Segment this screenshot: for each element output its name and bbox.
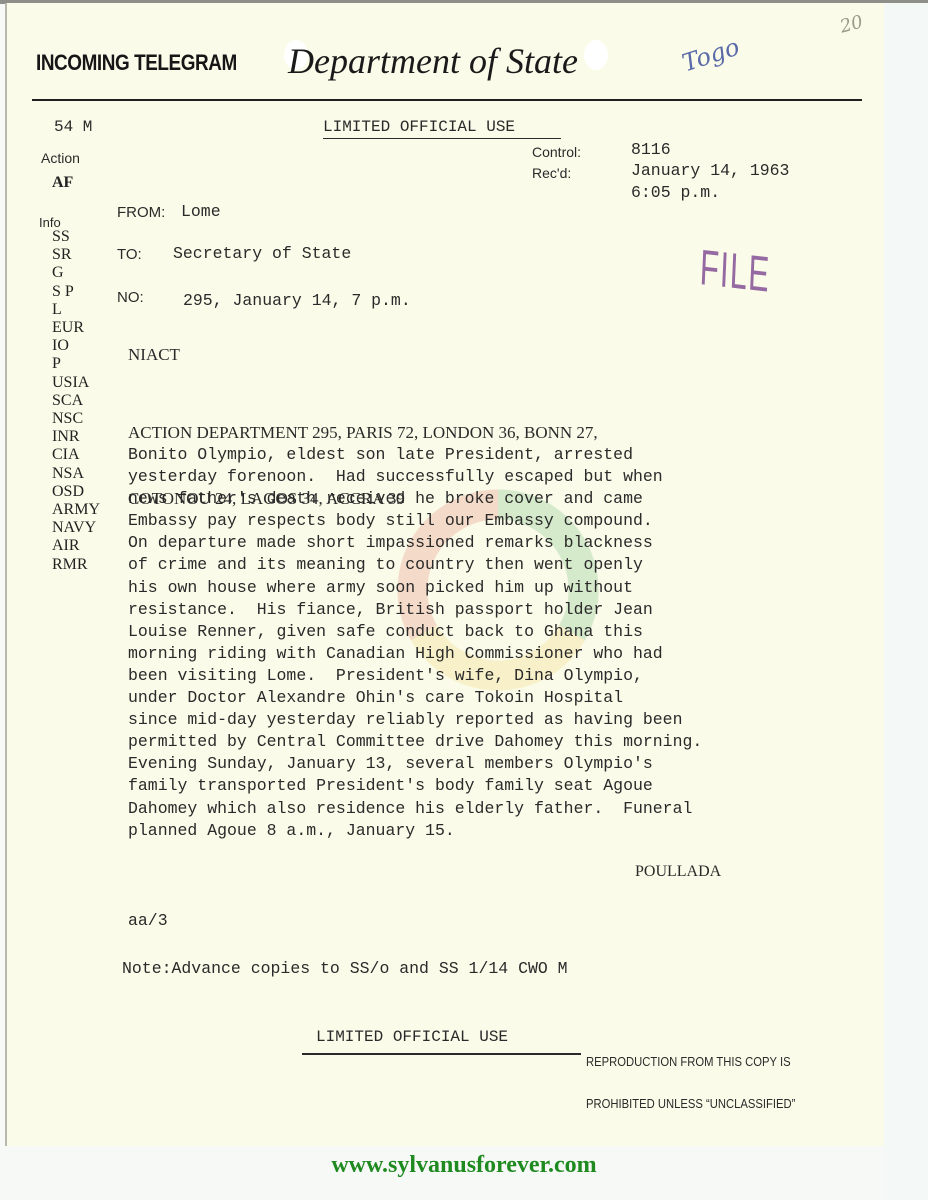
punch-hole-icon: [584, 40, 608, 70]
control-label: Control:: [532, 144, 581, 160]
number-value: 295, January 14, 7 p.m.: [183, 291, 411, 310]
received-label: Rec'd:: [532, 165, 571, 181]
header-divider: [32, 99, 862, 101]
department-title: Department of State: [288, 40, 578, 82]
source-website-link[interactable]: www.sylvanusforever.com: [0, 1152, 928, 1179]
from-label: FROM:: [117, 204, 165, 221]
info-office-code: P: [52, 355, 100, 373]
number-label: NO:: [117, 289, 144, 306]
info-office-code: L: [52, 301, 100, 319]
body-line: yesterday forenoon. Had successfully esc…: [128, 466, 702, 488]
body-line: Bonito Olympio, eldest son late Presiden…: [128, 444, 702, 466]
notice-line: REPRODUCTION FROM THIS COPY IS: [586, 1055, 795, 1069]
info-office-code: S P: [52, 283, 100, 301]
control-value: 8116: [631, 140, 671, 159]
info-office-code: SCA: [52, 392, 100, 410]
classification-bottom: LIMITED OFFICIAL USE: [316, 1028, 508, 1046]
received-time: 6:05 p.m.: [631, 183, 720, 202]
body-line: news father's death received he broke co…: [128, 488, 702, 510]
reproduction-notice: REPRODUCTION FROM THIS COPY IS PROHIBITE…: [586, 1027, 795, 1125]
info-office-code: AIR: [52, 537, 100, 555]
info-office-code: G: [52, 264, 100, 282]
info-office-code: CIA: [52, 446, 100, 464]
body-line: been visiting Lome. President's wife, Di…: [128, 665, 702, 687]
info-office-code: IO: [52, 337, 100, 355]
info-office-code: USIA: [52, 374, 100, 392]
body-line: under Doctor Alexandre Ohin's care Tokoi…: [128, 687, 702, 709]
to-value: Secretary of State: [173, 244, 351, 263]
body-line: resistance. His fiance, British passport…: [128, 599, 702, 621]
info-office-code: NAVY: [52, 519, 100, 537]
received-date: January 14, 1963: [631, 161, 789, 180]
distribution-note: Note:Advance copies to SS/o and SS 1/14 …: [122, 959, 568, 978]
distribution-line: ACTION DEPARTMENT 295, PARIS 72, LONDON …: [128, 422, 598, 444]
message-body: Bonito Olympio, eldest son late Presiden…: [128, 444, 702, 842]
body-line: permitted by Central Committee drive Dah…: [128, 731, 702, 753]
info-office-code: RMR: [52, 556, 100, 574]
form-type-title: INCOMING TELEGRAM: [36, 50, 237, 76]
body-line: planned Agoue 8 a.m., January 15.: [128, 820, 702, 842]
file-stamp: FILE: [699, 238, 772, 304]
scan-margin: [882, 3, 928, 1200]
info-office-code: SR: [52, 246, 100, 264]
info-office-code: EUR: [52, 319, 100, 337]
to-label: TO:: [117, 246, 142, 263]
info-office-code: ARMY: [52, 501, 100, 519]
body-line: On departure made short impassioned rema…: [128, 532, 702, 554]
body-line: family transported President's body fami…: [128, 775, 702, 797]
routing-ref: 54 M: [54, 118, 92, 136]
classification-rule: [302, 1053, 581, 1055]
body-line: Dahomey which also residence his elderly…: [128, 798, 702, 820]
classification-top: LIMITED OFFICIAL USE: [323, 118, 561, 139]
info-office-code: NSA: [52, 465, 100, 483]
info-office-code: OSD: [52, 483, 100, 501]
info-office-code: NSC: [52, 410, 100, 428]
body-line: Evening Sunday, January 13, several memb…: [128, 753, 702, 775]
body-line: Louise Renner, given safe conduct back t…: [128, 621, 702, 643]
precedence: NIACT: [128, 345, 180, 365]
action-value: AF: [52, 174, 73, 192]
body-line: since mid-day yesterday reliably reporte…: [128, 709, 702, 731]
body-line: Embassy pay respects body still our Emba…: [128, 510, 702, 532]
body-line: his own house where army soon picked him…: [128, 577, 702, 599]
info-office-code: SS: [52, 228, 100, 246]
body-line: morning riding with Canadian High Commis…: [128, 643, 702, 665]
info-distribution-list: SSSRGS PLEURIOPUSIASCANSCINRCIANSAOSDARM…: [52, 228, 100, 574]
info-office-code: INR: [52, 428, 100, 446]
from-value: Lome: [181, 202, 221, 221]
body-line: of crime and its meaning to country then…: [128, 554, 702, 576]
notice-line: PROHIBITED UNLESS “UNCLASSIFIED”: [586, 1097, 795, 1111]
signature: POULLADA: [635, 863, 721, 881]
typist-reference: aa/3: [128, 911, 168, 930]
action-label: Action: [41, 150, 80, 166]
